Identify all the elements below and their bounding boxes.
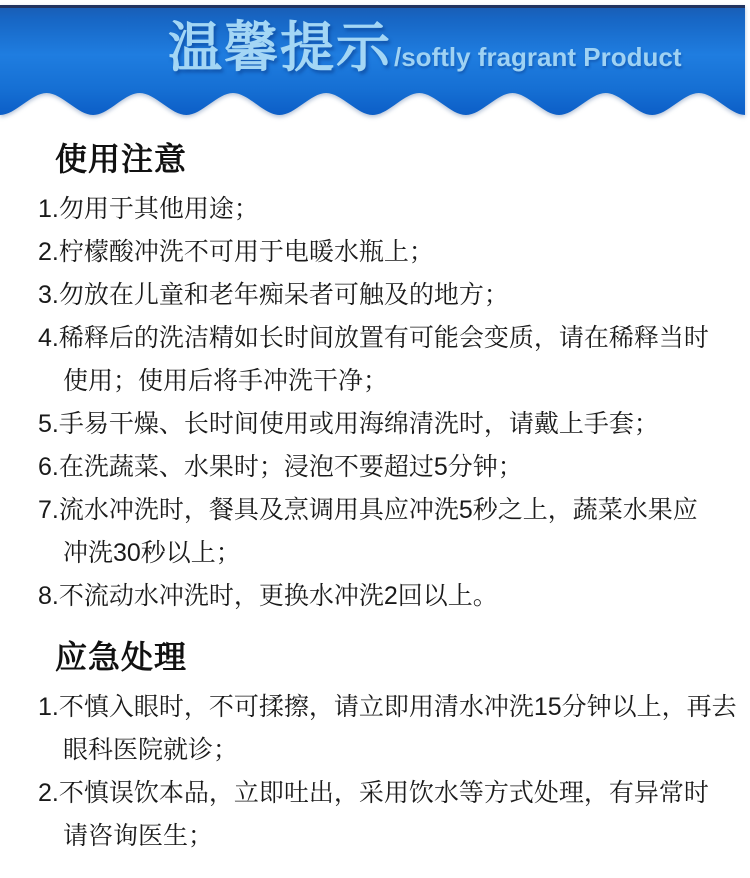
banner-title: 温馨提示 /softly fragrant Product	[168, 0, 681, 96]
emergency-list: 1.不慎入眼时，不可揉擦，请立即用清水冲洗15分钟以上，再去 眼科医院就诊； 2…	[38, 686, 715, 858]
item-line: 6.在洗蔬菜、水果时；浸泡不要超过5分钟；	[38, 446, 715, 489]
item-line: 4.稀释后的洗洁精如长时间放置有可能会变质，请在稀释当时	[38, 317, 715, 360]
list-item: 1.不慎入眼时，不可揉擦，请立即用清水冲洗15分钟以上，再去 眼科医院就诊；	[38, 686, 715, 772]
list-item: 6.在洗蔬菜、水果时；浸泡不要超过5分钟；	[38, 446, 715, 489]
item-line: 1.不慎入眼时，不可揉擦，请立即用清水冲洗15分钟以上，再去	[38, 686, 715, 729]
item-line: 8.不流动水冲洗时，更换水冲洗2回以上。	[38, 575, 715, 618]
notice-content: 使用注意 1.勿用于其他用途； 2.柠檬酸冲洗不可用于电暖水瓶上； 3.勿放在儿…	[0, 142, 750, 858]
list-item: 8.不流动水冲洗时，更换水冲洗2回以上。	[38, 575, 715, 618]
item-line: 5.手易干燥、长时间使用或用海绵清洗时，请戴上手套；	[38, 403, 715, 446]
warm-tips-poster: 温馨提示 /softly fragrant Product 使用注意 1.勿用于…	[0, 0, 750, 878]
banner: 温馨提示 /softly fragrant Product	[0, 0, 745, 118]
banner-title-en: /softly fragrant Product	[394, 42, 681, 73]
usage-heading: 使用注意	[38, 142, 715, 176]
list-item: 7.流水冲洗时，餐具及烹调用具应冲洗5秒之上，蔬菜水果应 冲洗30秒以上；	[38, 489, 715, 575]
list-item: 2.柠檬酸冲洗不可用于电暖水瓶上；	[38, 231, 715, 274]
item-line: 2.不慎误饮本品，立即吐出，采用饮水等方式处理，有异常时	[38, 772, 715, 815]
usage-list: 1.勿用于其他用途； 2.柠檬酸冲洗不可用于电暖水瓶上； 3.勿放在儿童和老年痴…	[38, 188, 715, 618]
item-line: 2.柠檬酸冲洗不可用于电暖水瓶上；	[38, 231, 715, 274]
item-line: 1.勿用于其他用途；	[38, 188, 715, 231]
item-line-continuation: 冲洗30秒以上；	[38, 532, 715, 575]
item-line-continuation: 使用；使用后将手冲洗干净；	[38, 360, 715, 403]
list-item: 1.勿用于其他用途；	[38, 188, 715, 231]
item-line: 7.流水冲洗时，餐具及烹调用具应冲洗5秒之上，蔬菜水果应	[38, 489, 715, 532]
item-line: 3.勿放在儿童和老年痴呆者可触及的地方；	[38, 274, 715, 317]
list-item: 5.手易干燥、长时间使用或用海绵清洗时，请戴上手套；	[38, 403, 715, 446]
item-line-continuation: 请咨询医生；	[38, 815, 715, 858]
list-item: 2.不慎误饮本品，立即吐出，采用饮水等方式处理，有异常时 请咨询医生；	[38, 772, 715, 858]
list-item: 3.勿放在儿童和老年痴呆者可触及的地方；	[38, 274, 715, 317]
banner-title-cn: 温馨提示	[168, 0, 392, 96]
list-item: 4.稀释后的洗洁精如长时间放置有可能会变质，请在稀释当时 使用；使用后将手冲洗干…	[38, 317, 715, 403]
emergency-heading: 应急处理	[38, 640, 715, 674]
item-line-continuation: 眼科医院就诊；	[38, 729, 715, 772]
